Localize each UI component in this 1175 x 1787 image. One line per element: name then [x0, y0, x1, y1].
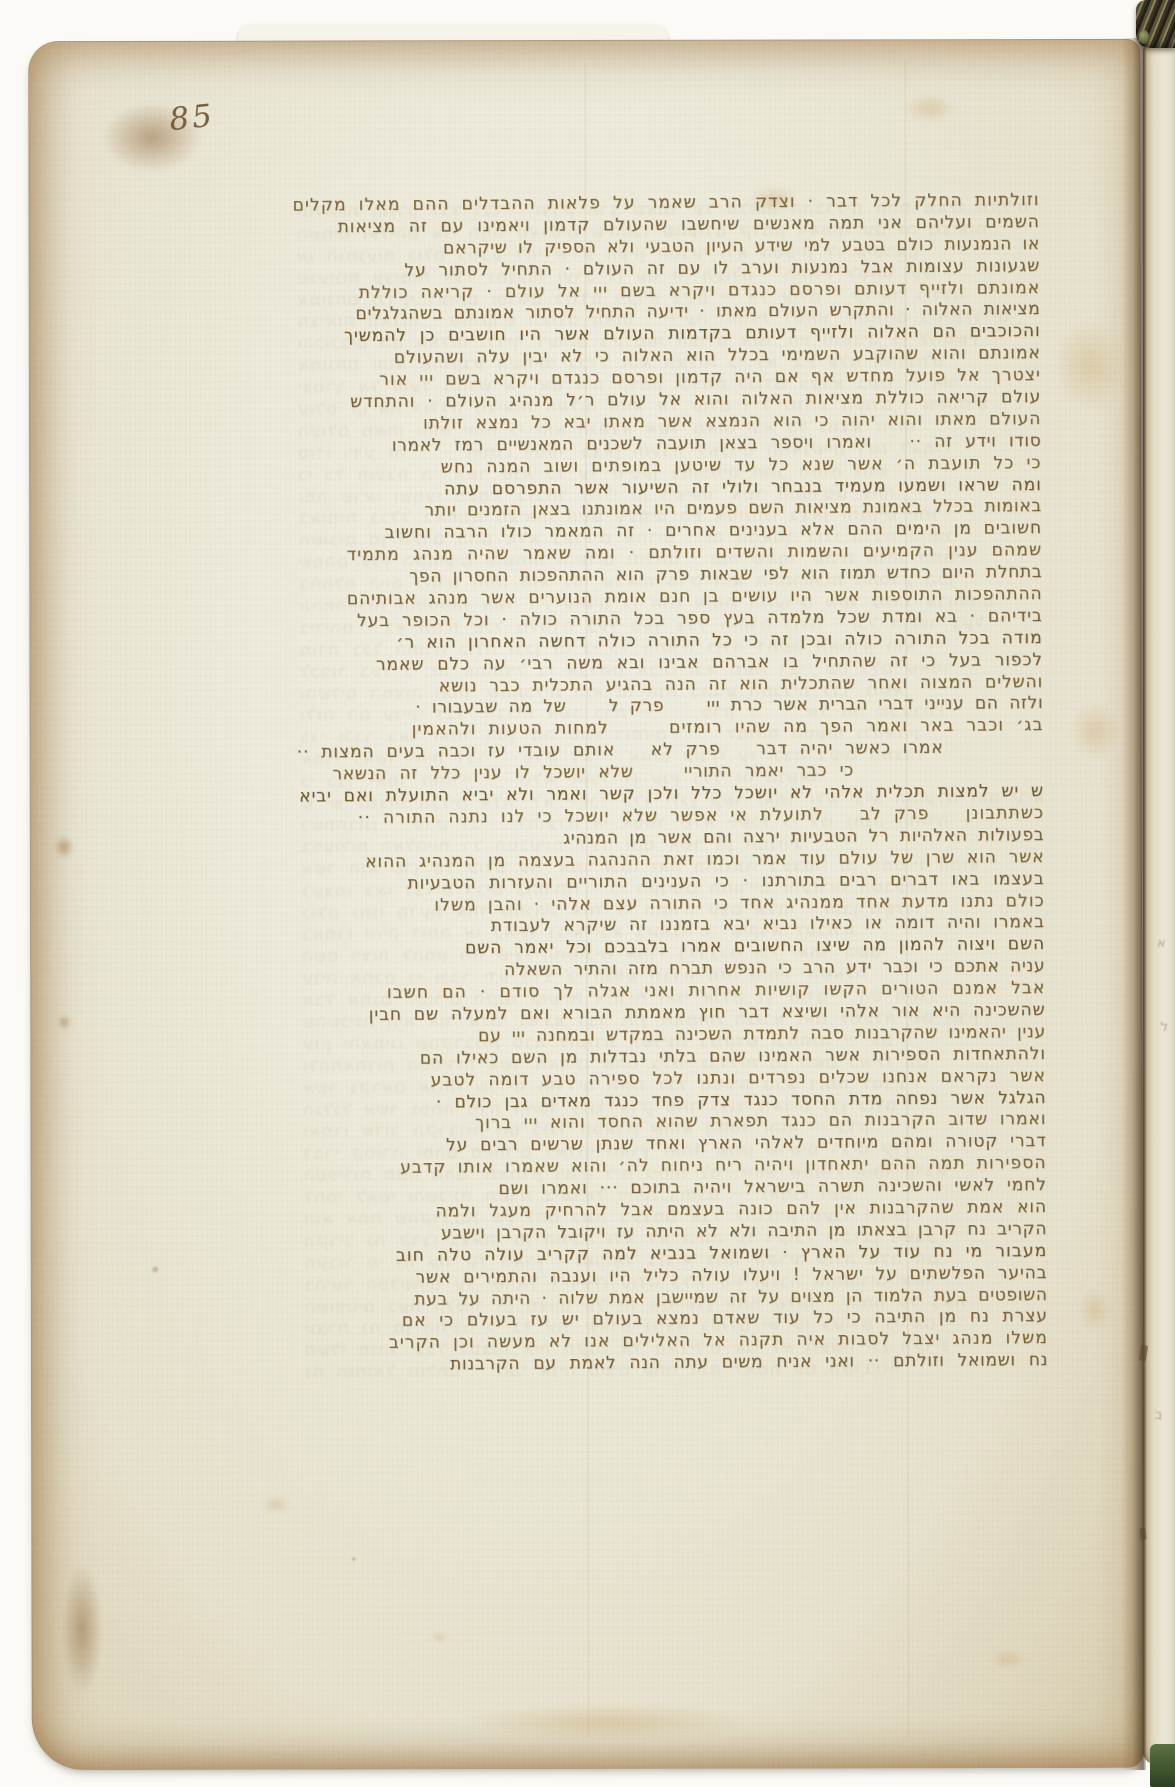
- binding-headband: [1136, 0, 1175, 48]
- binding-cover-corner: [1150, 1744, 1175, 1787]
- bottom-edge-browning: [413, 1696, 803, 1749]
- marginal-bleed-glyph: ב: [1154, 1408, 1164, 1424]
- marginal-bleed-glyph: ל: [1160, 1020, 1169, 1036]
- foxing-spot: [350, 1555, 357, 1562]
- marginal-bleed-glyph: א: [1156, 936, 1166, 952]
- scanned-manuscript-view: { "document": { "kind": "handwritten heb…: [0, 0, 1175, 1787]
- stain: [889, 88, 969, 128]
- stain: [51, 832, 77, 862]
- stain: [428, 1629, 452, 1645]
- stain: [1072, 1280, 1118, 1340]
- stain: [983, 1646, 1033, 1672]
- facing-page-edge: א ל ב: [1143, 36, 1175, 1764]
- foxing-spot: [150, 1264, 161, 1275]
- gutter-crease: [1122, 38, 1146, 1770]
- manuscript-text-block: וזולתיות החלק לכל דבר · וצדק הרב שאמר על…: [292, 190, 1048, 1378]
- manuscript-page: 85 וזולתיות החלק לכל דבר · וצדק הרב שאמר…: [28, 39, 1144, 1770]
- stain: [1059, 690, 1131, 772]
- stain: [254, 1492, 298, 1518]
- edge-browning: [54, 1542, 109, 1717]
- stain: [55, 1012, 73, 1032]
- folio-number: 85: [168, 98, 217, 139]
